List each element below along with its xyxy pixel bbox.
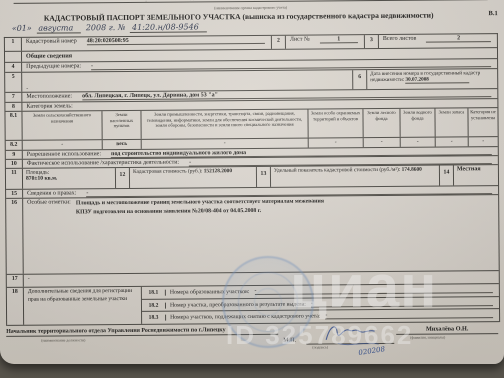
special-notes-line2: КПЗУ подготовлен на основании заявления … bbox=[76, 206, 324, 217]
category-val-5: - bbox=[401, 138, 436, 147]
date-entered-cell: Дата внесения номера в государственный к… bbox=[367, 69, 497, 89]
special-notes-text: Площадь и местоположение границ земельно… bbox=[76, 197, 324, 216]
rights-label: Сведения о правах: bbox=[27, 190, 76, 196]
row-4-num: 4 bbox=[5, 63, 22, 72]
position-caption: (наименование должности) bbox=[41, 338, 85, 342]
row-14-num: 14 bbox=[439, 165, 454, 185]
row-1-num: 1 bbox=[5, 38, 22, 51]
row-6-num: 6 bbox=[352, 70, 367, 89]
unit-cost-label: Удельный показатель кадастровой стоимост… bbox=[274, 167, 400, 174]
row-17-num: 17 bbox=[7, 275, 24, 287]
row-13-num: 13 bbox=[256, 167, 271, 187]
category-val-3: - bbox=[309, 138, 364, 147]
total-sheets-value: 2 bbox=[426, 35, 491, 43]
row-15-num: 15 bbox=[6, 190, 23, 198]
actual-use-label: Фактическое использование /характеристик… bbox=[27, 160, 179, 167]
row-11-num: 11 bbox=[6, 169, 23, 189]
category-val-6: - bbox=[436, 137, 469, 146]
row-8-num: 8 bbox=[5, 103, 22, 111]
printed-year-number-sign: 2008 г. № bbox=[84, 23, 128, 32]
form-code: В.1 bbox=[488, 10, 497, 17]
row-8-2-num: 8.2 bbox=[6, 141, 23, 150]
cadastral-number-cell: Кадастровый номер 48:20:020508:95 bbox=[22, 36, 271, 51]
additional-info-label: Дополнительные сведения для регистрации … bbox=[24, 287, 142, 325]
total-sheets-label: Всего листов bbox=[383, 36, 417, 42]
category-col-forest: Земли лесного фонда bbox=[363, 109, 400, 137]
cian-id-watermark: ID 325789662 bbox=[226, 320, 413, 351]
sheet-number-cell: Лист № 1 bbox=[286, 35, 364, 49]
handwritten-doc-number: 41:20.н/08-9546 bbox=[130, 22, 207, 33]
category-col-industry: Земли промышленности, энергетики, трансп… bbox=[141, 110, 308, 139]
row-10-num: 10 bbox=[6, 160, 23, 168]
area-cell: Площадь: 870±10 кв.м. bbox=[23, 168, 115, 189]
category-val-4: - bbox=[364, 138, 401, 147]
row-12-num: 12 bbox=[115, 168, 130, 188]
subrow-18-3-num: 18.3 bbox=[142, 315, 166, 321]
cadastral-cost-label: Кадастровая стоимость (руб.): bbox=[133, 168, 202, 175]
cadastral-cost-value: 152128.2000 bbox=[204, 168, 232, 174]
row-5-empty-cell: - bbox=[22, 70, 352, 92]
cadastral-number-value: 48:20:020508:95 bbox=[87, 37, 265, 45]
sheet-number-label: Лист № bbox=[290, 37, 310, 43]
cadastral-number-label: Кадастровый номер bbox=[26, 38, 77, 44]
row-2-num: 2 bbox=[271, 36, 286, 49]
date-entered-value: 30.07.2008 bbox=[406, 76, 469, 83]
category-col-reserve: Земли запаса bbox=[435, 108, 468, 136]
category-val-2: - bbox=[142, 139, 309, 149]
row-3-num: 3 bbox=[364, 35, 379, 48]
subrow-18-2-num: 18.2 bbox=[142, 302, 166, 308]
subrow-18-1-num: 18.1 bbox=[142, 290, 166, 296]
sheet-number-value: 1 bbox=[320, 36, 358, 43]
row-general-num bbox=[5, 52, 22, 62]
name-caption: (фамилия, инициалы) bbox=[410, 335, 445, 339]
row-18-num: 18 bbox=[7, 288, 24, 325]
category-col-agricultural: Земли сельскохозяйственного назначения bbox=[22, 111, 102, 140]
category-col-protected: Земли особо охраняемых территорий и объе… bbox=[308, 109, 363, 137]
category-col-not-set: Категория не установлена bbox=[468, 108, 497, 136]
location-label: Местоположение: bbox=[26, 93, 72, 99]
permitted-use-label: Разрешенное использование: bbox=[27, 151, 101, 158]
unit-cost-cell: Удельный показатель кадастровой стоимост… bbox=[271, 166, 439, 187]
land-category-columns: Земли сельскохозяйственного назначения З… bbox=[22, 108, 497, 140]
row-5-dash: - bbox=[26, 86, 28, 92]
row-8-1: 8.1 Земли сельскохозяйственного назначен… bbox=[5, 108, 497, 141]
category-val-0: - bbox=[23, 140, 103, 150]
document-paper: Управления Роснедвижимости по Липецкой о… bbox=[0, 0, 504, 364]
category-col-water: Земли водного фонда bbox=[400, 109, 435, 137]
row-7-num: 7 bbox=[5, 93, 22, 102]
stamp-center-ring bbox=[254, 288, 282, 316]
category-val-1: весь bbox=[103, 140, 142, 149]
special-notes-label: Особые отметки: bbox=[27, 199, 71, 205]
cian-watermark: циан bbox=[290, 252, 437, 321]
previous-numbers-label: Предыдущие номера: bbox=[26, 63, 81, 69]
coord-system-value: Местная bbox=[454, 165, 498, 185]
row-9-num: 9 bbox=[6, 151, 23, 159]
cadastral-cost-cell: Кадастровая стоимость (руб.): 152128.200… bbox=[130, 167, 256, 188]
area-value: 870±10 кв.м. bbox=[26, 175, 112, 182]
row-5-num: 5 bbox=[5, 73, 22, 92]
photo-background: Управления Роснедвижимости по Липецкой о… bbox=[0, 0, 504, 378]
handwritten-day: «01» bbox=[10, 24, 34, 33]
handwritten-month: августа bbox=[36, 23, 81, 33]
category-val-7: - bbox=[469, 137, 498, 146]
row-8-1-num: 8.1 bbox=[5, 112, 22, 140]
unit-cost-value: 174.8600 bbox=[402, 167, 422, 173]
category-col-settlements: Земли населенных пунктов bbox=[102, 111, 141, 139]
row-16-num: 16 bbox=[6, 199, 24, 274]
total-sheets-cell: Всего листов 2 bbox=[379, 34, 497, 48]
